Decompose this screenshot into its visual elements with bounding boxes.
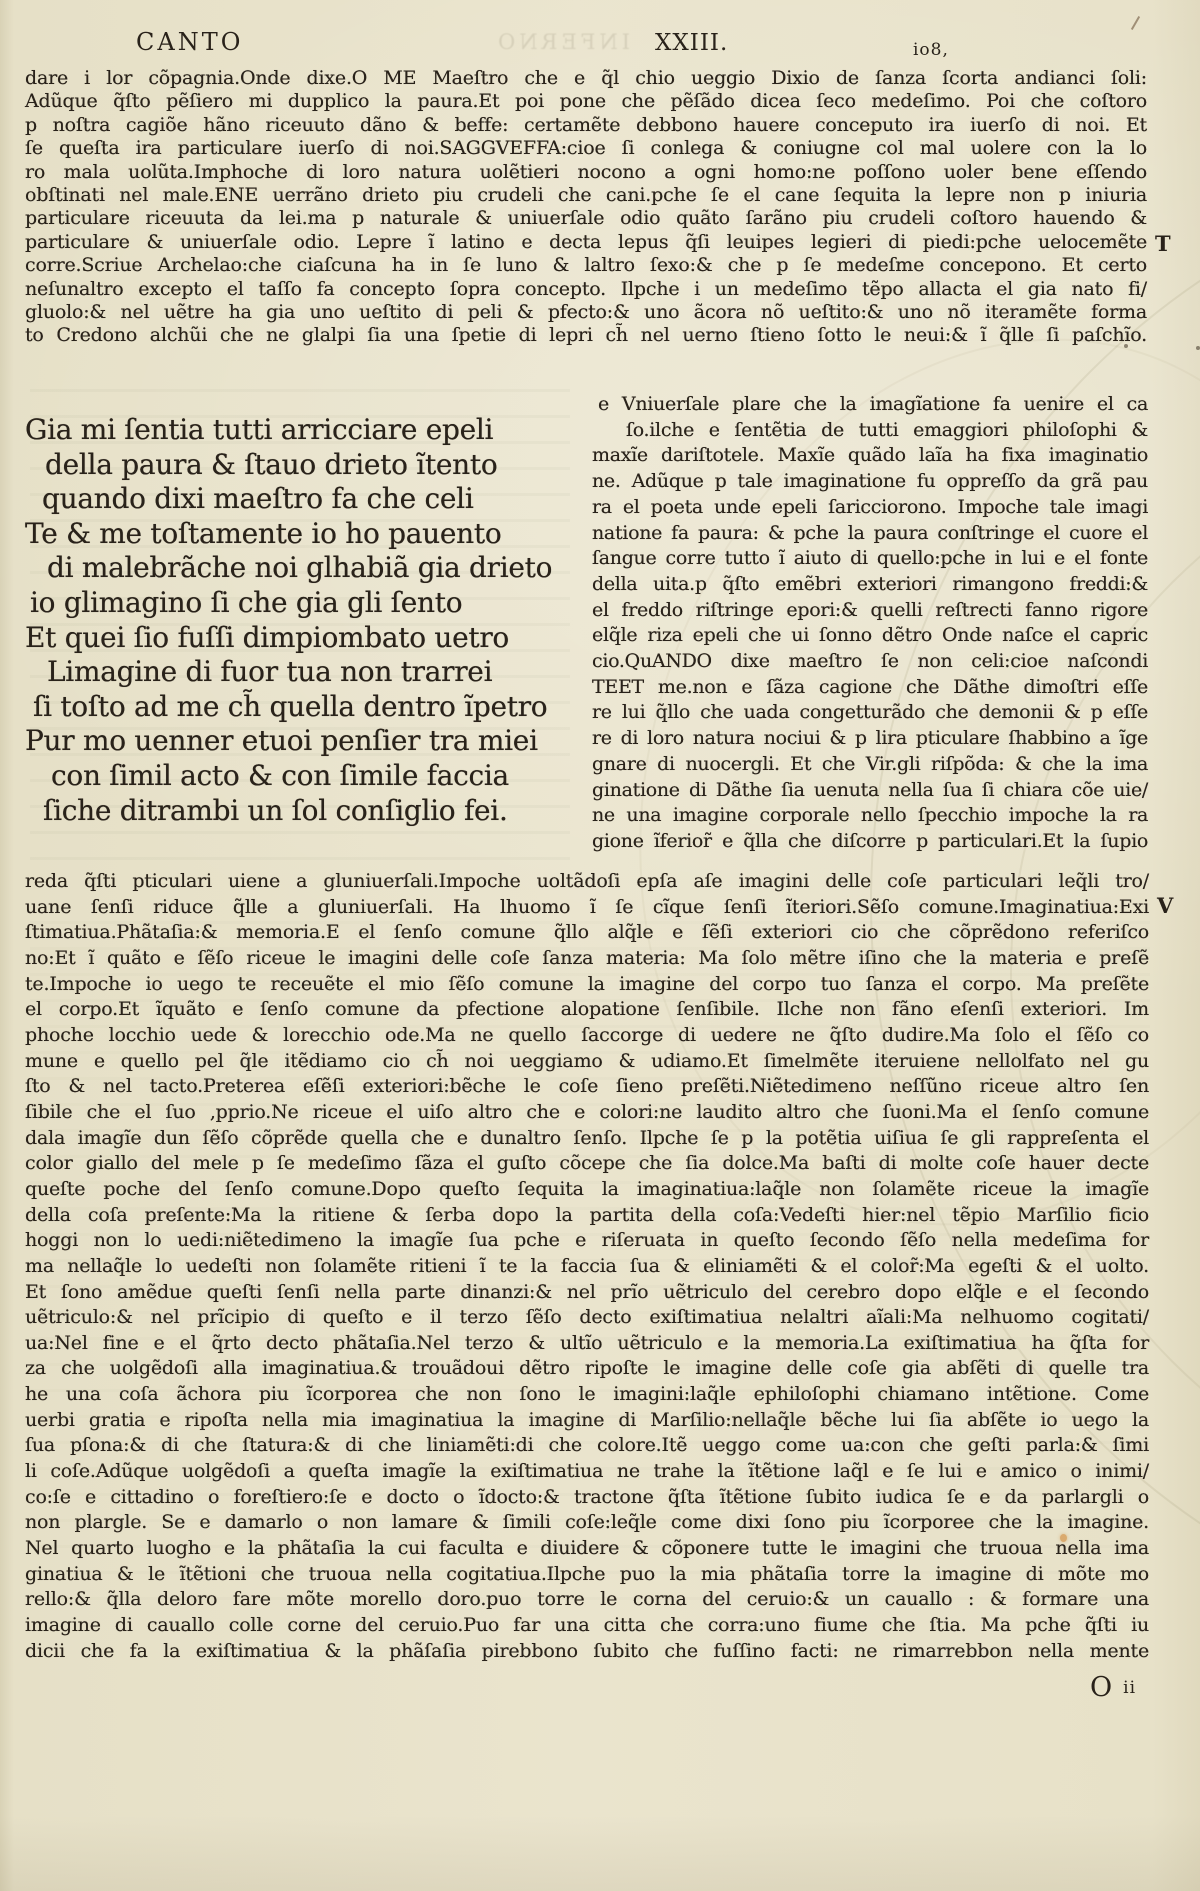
text-line: re lui q̃llo che uada congetturãdo che d…: [592, 700, 1148, 726]
text-line: della paura & ſtauo drieto ĩtento: [25, 448, 573, 483]
quire-signature: Oii: [1090, 1672, 1136, 1703]
text-line: dala imagĩe dun ſẽſo cõprẽde quella che …: [25, 1126, 1149, 1152]
text-line: con ſimil acto & con ſimile faccia: [25, 759, 573, 794]
text-line: dicii che fa la exiſtimatiua & la phãſaſ…: [25, 1639, 1149, 1665]
text-line: color giallo del mele p ſe medeſimo ſãza…: [25, 1151, 1149, 1177]
text-line: particulare riceuuta da lei.ma p natural…: [25, 207, 1147, 230]
text-line: uerbi gratia e ripoſta nella mia imagina…: [25, 1408, 1149, 1434]
text-line: Limagine di fuor tua non trarrei: [25, 655, 573, 690]
text-line: ſiche ditrambi un ſol conſiglio fei.: [25, 794, 573, 829]
margin-guide-letter-t: T: [1155, 231, 1171, 256]
running-header-canto-number: XXIII.: [655, 30, 728, 56]
text-line: ua:Nel fine e el q̃rto decto phãtaſia.Ne…: [25, 1331, 1149, 1357]
text-line: quando dixi maeſtro fa che celi: [25, 482, 573, 517]
text-line: rello:& q̃lla deloro fare mõte morello d…: [25, 1587, 1149, 1613]
book-page: INFERNO CANTO XXIII. io8, dare i lor cõp…: [0, 0, 1200, 1891]
folio-number: io8,: [913, 40, 949, 60]
text-line: TEET me.non e ſãza cagione che Dãthe dim…: [592, 675, 1148, 701]
text-line: uẽtriculo:& nel prĩcipio di queſto e il …: [25, 1305, 1149, 1331]
text-line: ma nellaq̃le lo uedeſti non ſolamẽte rit…: [25, 1254, 1149, 1280]
text-line: gluolo:& nel uẽtre ha gia uno ueſtito di…: [25, 301, 1147, 324]
text-line: Nel quarto luogho e la phãtaſia la cui f…: [25, 1536, 1149, 1562]
text-line: ſto & nel tacto.Preterea eſẽſi exteriori…: [25, 1074, 1149, 1100]
text-line: gnare di nuocergli. Et che Vir.gli riſpõ…: [592, 752, 1148, 778]
running-header-canto: CANTO: [136, 28, 243, 56]
ink-mark: [1131, 16, 1140, 30]
text-line: to Credono alchũi che ne glalpi ſia una …: [25, 324, 1147, 347]
margin-guide-letter-v: V: [1157, 893, 1173, 918]
text-line: ne una imagine corporale nello ſpecchio …: [592, 803, 1148, 829]
text-line: el freddo riſtringe epori:& quelli reſtr…: [592, 598, 1148, 624]
text-line: cio.QuANDO dixe maeſtro ſe non celi:cioe…: [592, 649, 1148, 675]
text-line: e Vniuerſale plare che la imagĩatione fa…: [592, 392, 1148, 418]
text-line: Gia mi ſentia tutti arricciare epeli: [25, 413, 573, 448]
paper-speck: [1196, 346, 1200, 350]
text-line: te.Impoche io uego te receuẽte el mio ſẽ…: [25, 972, 1149, 998]
text-line: Te & me toſtamente io ho pauento: [25, 517, 573, 552]
text-line: ginatiua & le ĩtẽtioni che truoua nella …: [25, 1562, 1149, 1588]
text-line: ſibile che el ſuo ,pprio.Ne riceue el ui…: [25, 1100, 1149, 1126]
text-line: ſangue corre tutto ĩ aiuto di quello:pch…: [592, 546, 1148, 572]
commentary-block-top: dare i lor cõpagnia.Onde dixe.O ME Maeſt…: [25, 67, 1147, 348]
text-line: ne. Adũque p tale imaginatione fu oppreſ…: [592, 469, 1148, 495]
text-line: imagine di cauallo colle corne del cerui…: [25, 1613, 1149, 1639]
text-line: della uita.p q̃ſto emẽbri exteriori rima…: [592, 572, 1148, 598]
text-line: co:ſe e cittadino o foreſtiero:ſe e doct…: [25, 1485, 1149, 1511]
text-line: natione fa paura: & pche la paura conſtr…: [592, 521, 1148, 547]
text-line: neſunaltro excepto el taſſo fa concepto …: [25, 278, 1147, 301]
text-line: no:Et ĩ quãto e ſẽſo riceue le imagini d…: [25, 946, 1149, 972]
text-line: mune e quello pel q̃le itẽdiamo cio ch̃ …: [25, 1049, 1149, 1075]
text-line: io glimagino ſi che gia gli ſento: [25, 586, 573, 621]
text-line: Et ſono amẽdue queſti ſenſi nella parte …: [25, 1280, 1149, 1306]
text-line: li coſe.Adũque uolgẽdoſi a queſta imagĩe…: [25, 1459, 1149, 1485]
text-line: Et quei ſio fuſſi dimpiombato uetro: [25, 621, 573, 656]
text-line: di malebrãche noi glhabiã gia drieto: [25, 551, 573, 586]
text-line: re di loro natura nociui & p lira pticul…: [592, 726, 1148, 752]
text-line: gione ĩferior̃ e q̃lla che diſcorre p pa…: [592, 829, 1148, 855]
text-line: elq̃le riza epeli che ui ſonno dẽtro Ond…: [592, 623, 1148, 649]
signature-letter: O: [1090, 1672, 1112, 1703]
text-line: particulare & uniuerſale odio. Lepre ĩ l…: [25, 231, 1147, 254]
text-line: hoggi non lo uedi:niẽtedimeno la imagĩe …: [25, 1228, 1149, 1254]
text-line: ſtimatiua.Phãtaſia:& memoria.E el ſenſo …: [25, 920, 1149, 946]
verse-column: Gia mi ſentia tutti arricciare epelidell…: [25, 413, 573, 828]
text-line: he una coſa ãchora piu ĩcorporea che non…: [25, 1382, 1149, 1408]
text-line: obſtinati nel male.ENE uerrãno drieto pi…: [25, 184, 1147, 207]
text-line: p noſtra cagiõe hãno riceuuto dãno & bef…: [25, 114, 1147, 137]
text-line: della coſa preſente:Ma la ritiene & ſerb…: [25, 1203, 1149, 1229]
text-line: dare i lor cõpagnia.Onde dixe.O ME Maeſt…: [25, 67, 1147, 90]
text-line: ra el poeta unde epeli ſaricciorono. Imp…: [592, 495, 1148, 521]
text-line: corre.Scriue Archelao:che ciaſcuna ha in…: [25, 254, 1147, 277]
text-line: phoche locchio uede & lorecchio ode.Ma n…: [25, 1023, 1149, 1049]
text-line: uane ſenſi riduce q̃lle a gluniuerſali. …: [25, 895, 1149, 921]
text-line: ro mala uolũta.Imphoche di loro natura u…: [25, 161, 1147, 184]
text-line: non plargle. Se e damarlo o non lamare &…: [25, 1510, 1149, 1536]
text-line: el corpo.Et ĩquãto e ſenſo comune da pfe…: [25, 997, 1149, 1023]
text-line: queſte poche del ſenſo comune.Dopo queſt…: [25, 1177, 1149, 1203]
text-line: ſua pſona:& di che ſtatura:& di che lini…: [25, 1433, 1149, 1459]
commentary-block-bottom: reda q̃ſti pticulari uiene a gluniuerſal…: [25, 869, 1149, 1664]
text-line: Adũque q̃ſto pẽſiero mi dupplico la paur…: [25, 90, 1147, 113]
text-line: ſo.ilche e ſentẽtia de tutti emaggiori p…: [592, 418, 1148, 444]
text-line: Pur mo uenner etuoi penſier tra miei: [25, 724, 573, 759]
text-line: ginatione di Dãthe ſia uenuta nella ſua …: [592, 778, 1148, 804]
text-line: ſe queſta ira particulare iuerſo di noi.…: [25, 137, 1147, 160]
verso-showthrough-title: INFERNO: [440, 30, 630, 54]
text-line: maxĩe dariſtotele. Maxĩe quãdo laĩa ha f…: [592, 443, 1148, 469]
commentary-column-right: e Vniuerſale plare che la imagĩatione fa…: [592, 392, 1148, 855]
text-line: reda q̃ſti pticulari uiene a gluniuerſal…: [25, 869, 1149, 895]
text-line: ſi toſto ad me ch̃ quella dentro ĩpetro: [25, 690, 573, 725]
signature-numeral: ii: [1123, 1678, 1136, 1698]
text-line: za che uolgẽdoſi alla imaginatiua.& trou…: [25, 1356, 1149, 1382]
